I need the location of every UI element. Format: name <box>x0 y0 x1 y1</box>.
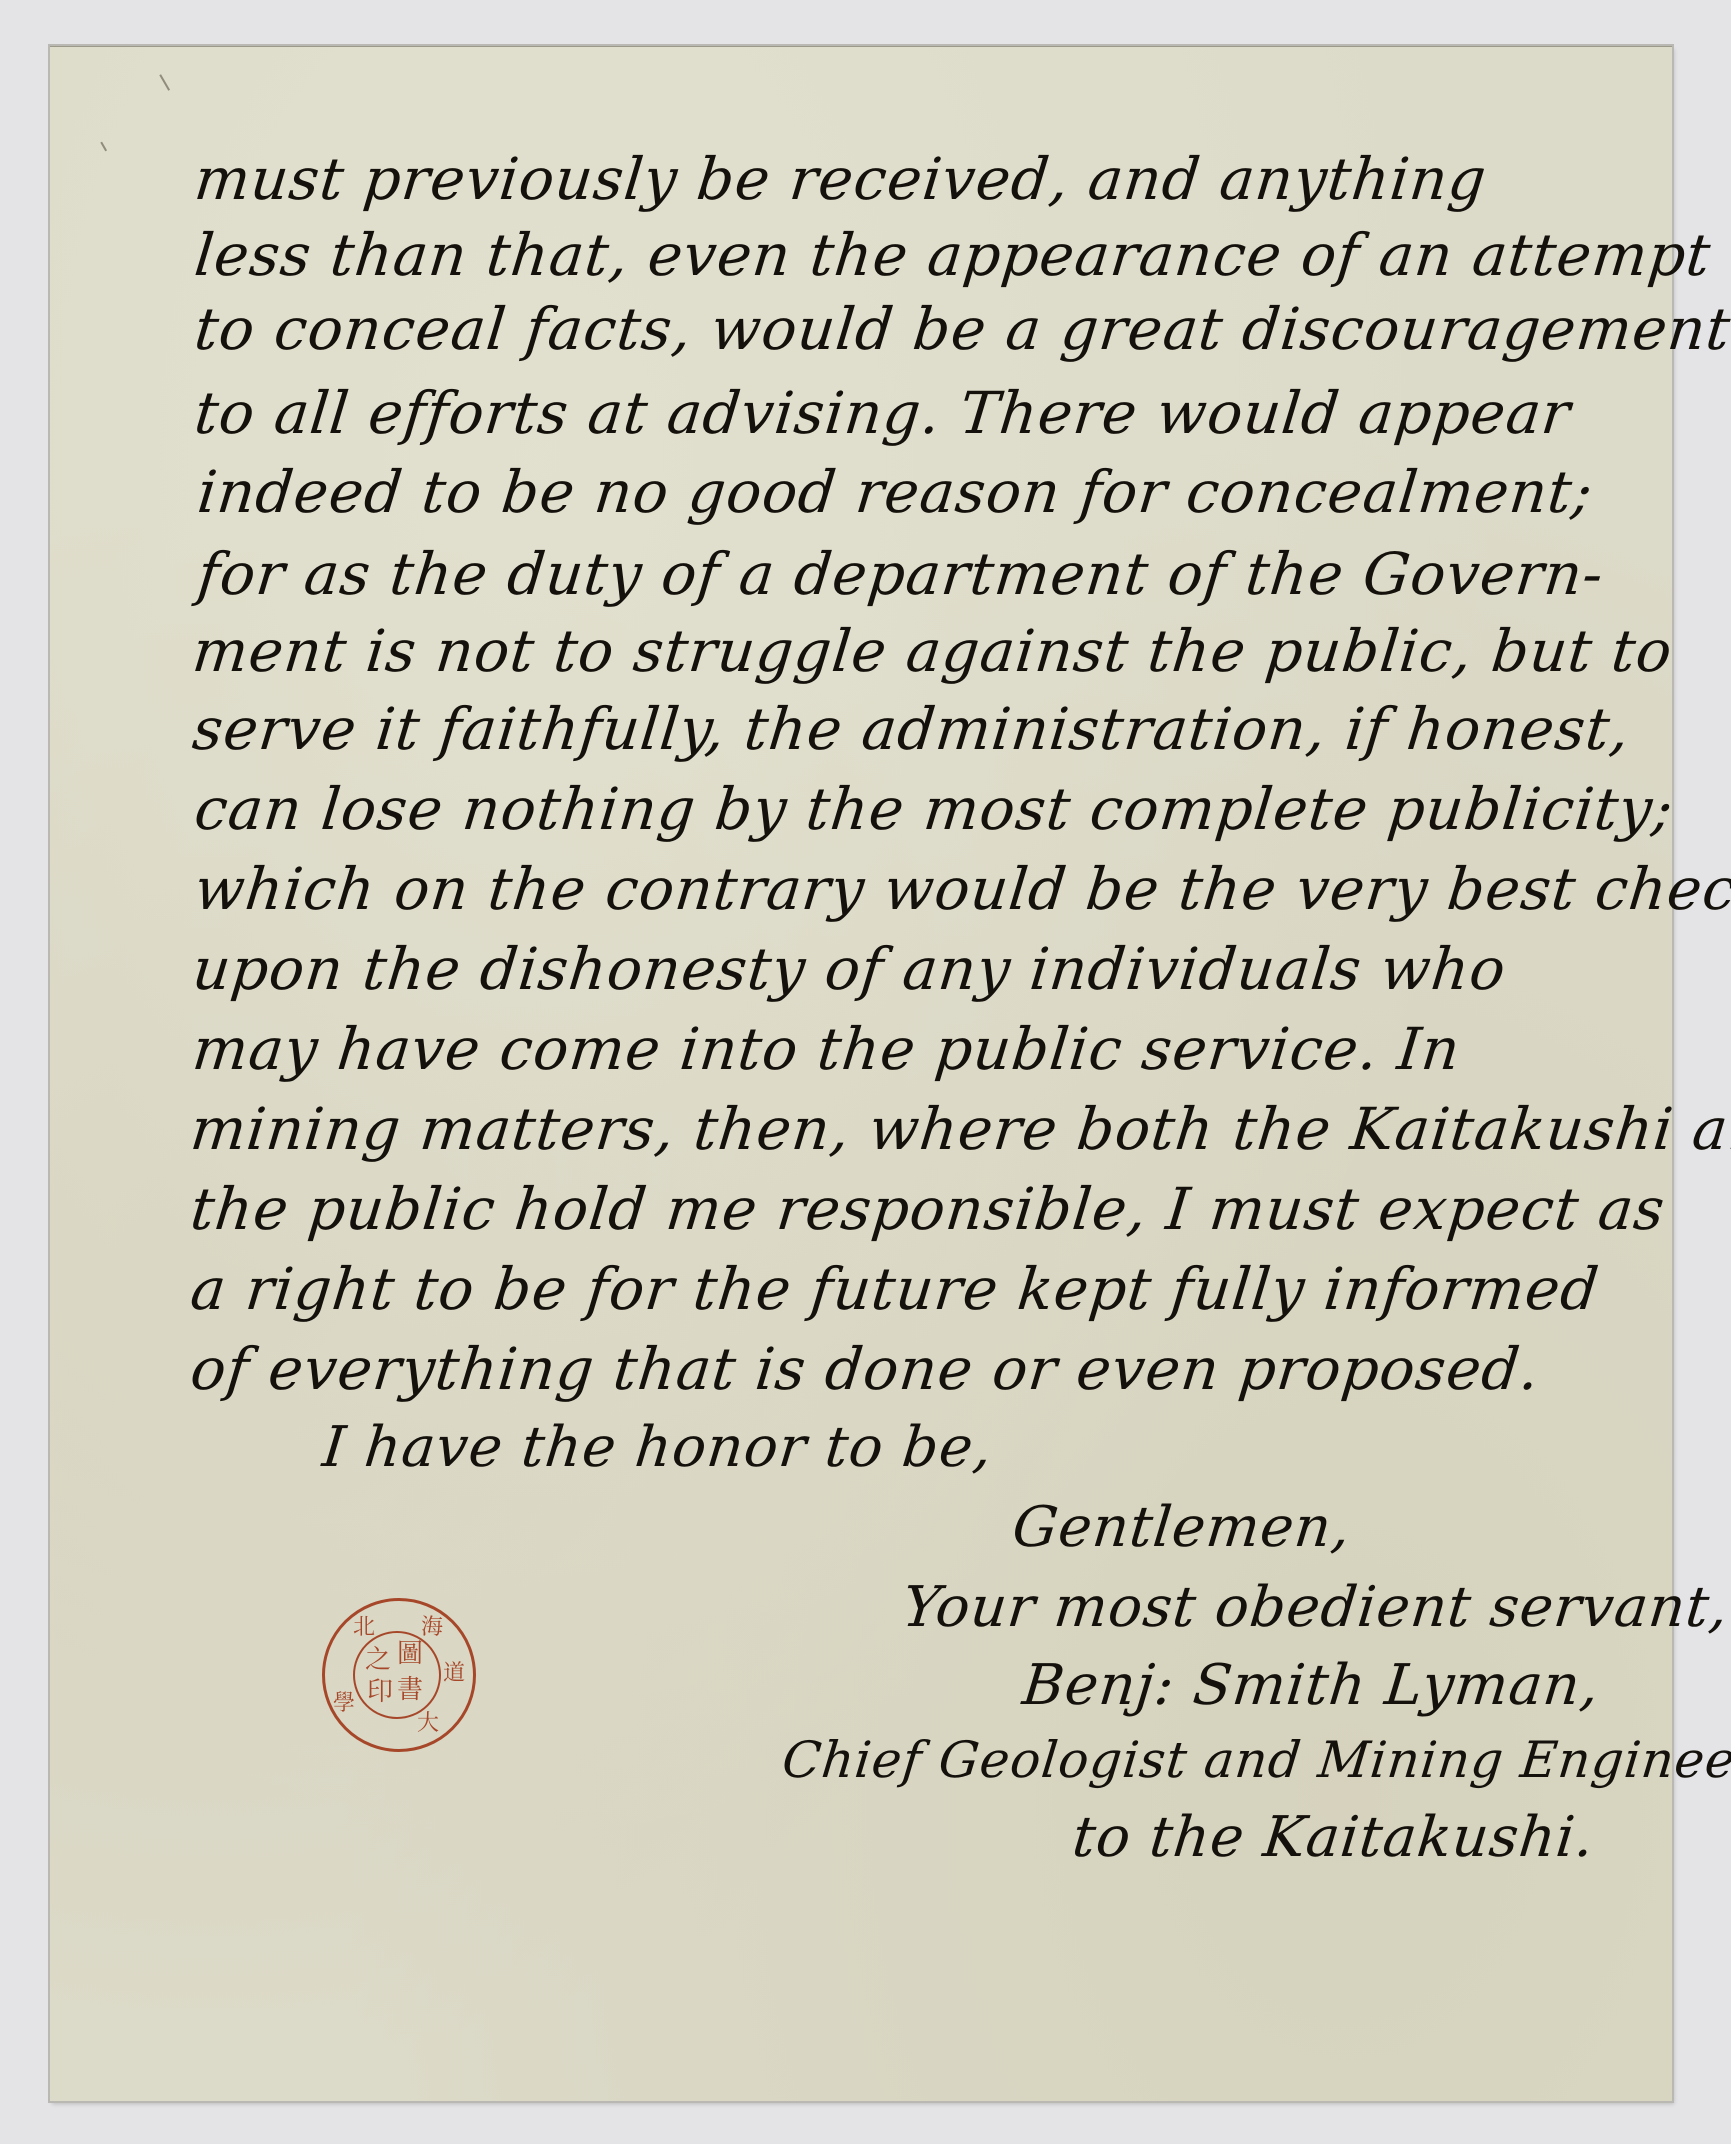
stamp-char: 書 <box>397 1677 423 1703</box>
stamp-char: 之 <box>365 1647 391 1673</box>
signer-title-continued: to the Kaitakushi. <box>1070 1810 1597 1866</box>
stamp-char: 印 <box>367 1679 393 1705</box>
letter-line: for as the duty of a department of the G… <box>195 545 1607 603</box>
letter-line: the public hold me responsible, I must e… <box>188 1180 1668 1238</box>
letter-line: may have come into the public service. I… <box>190 1020 1463 1078</box>
stamp-char: 道 <box>443 1663 465 1685</box>
letter-line: which on the contrary would be the very … <box>192 860 1731 918</box>
stamp-inner-ring: 圖 書 之 印 <box>353 1631 441 1719</box>
library-seal-stamp: 北 海 道 大 學 圖 書 之 印 <box>322 1598 476 1752</box>
closing-honor-line: I have the honor to be, <box>320 1420 995 1476</box>
letter-line: must previously be received, and anythin… <box>192 150 1490 208</box>
letter-line: serve it faithfully, the administration,… <box>190 700 1633 758</box>
paper-blemish <box>159 69 178 91</box>
stamp-char: 北 <box>353 1617 375 1639</box>
stamp-char: 學 <box>333 1693 355 1715</box>
letter-line: indeed to be no good reason for concealm… <box>195 463 1596 521</box>
letter-line: mining matters, then, where both the Kai… <box>188 1100 1731 1158</box>
stamp-char: 海 <box>421 1617 443 1639</box>
signature: Benj: Smith Lyman, <box>1020 1658 1602 1714</box>
letter-line: less than that, even the appearance of a… <box>192 226 1714 284</box>
letter-line: to all efforts at advising. There would … <box>192 384 1574 442</box>
stamp-char: 圖 <box>397 1641 423 1667</box>
closing-salutation: Gentlemen, <box>1010 1500 1353 1556</box>
letter-line: can lose nothing by the most complete pu… <box>192 780 1676 838</box>
letter-line: a right to be for the future kept fully … <box>188 1260 1602 1318</box>
closing-valediction: Your most obedient servant, <box>900 1580 1731 1636</box>
letter-line: to conceal facts, would be a great disco… <box>192 300 1731 358</box>
letter-line: ment is not to struggle against the publ… <box>190 622 1675 680</box>
letter-line: upon the dishonesty of any individuals w… <box>190 940 1509 998</box>
paper-blemish <box>100 137 115 152</box>
letter-line: of everything that is done or even propo… <box>188 1340 1543 1398</box>
signer-title: Chief Geologist and Mining Engineer <box>780 1735 1731 1785</box>
stamp-char: 大 <box>417 1713 439 1735</box>
